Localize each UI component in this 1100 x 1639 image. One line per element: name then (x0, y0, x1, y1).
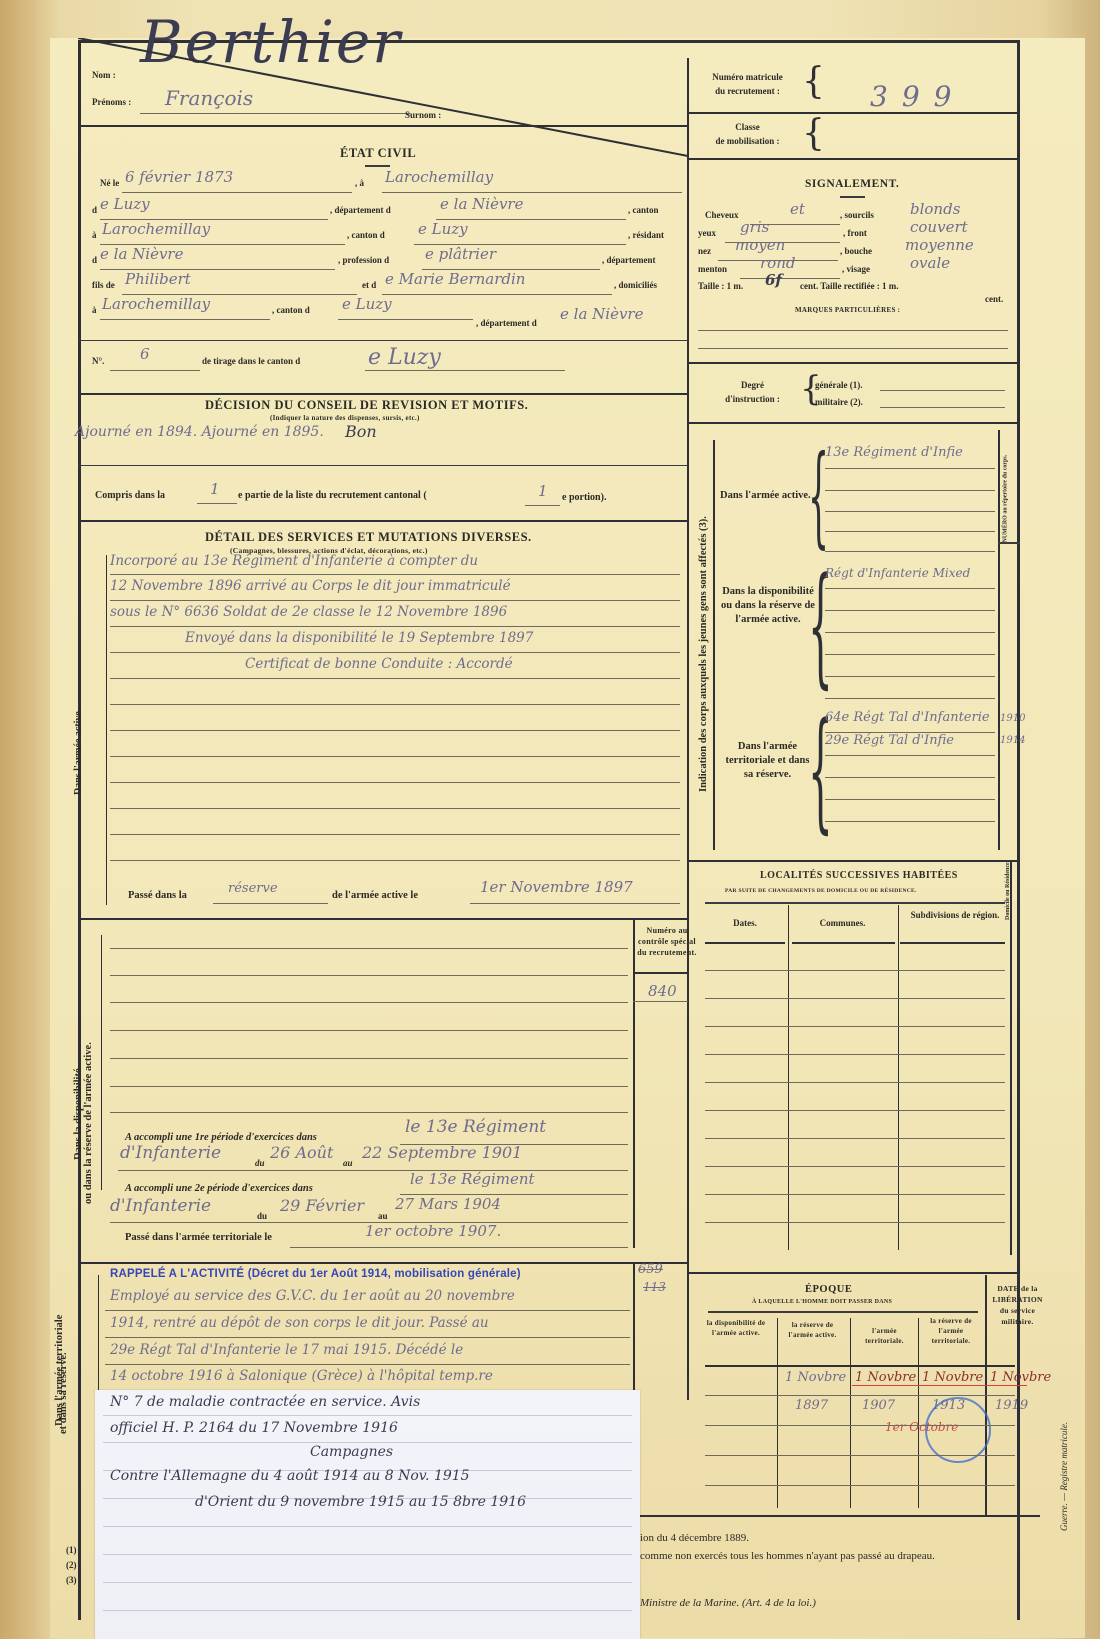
epoque-title: ÉPOQUE (805, 1284, 852, 1295)
periode1-du: 26 Août (270, 1143, 333, 1162)
epoque-col-1: la disponibilité de l'armée active. (705, 1318, 767, 1338)
departement3-value: e la Nièvre (560, 305, 643, 323)
periode2-au-label: au (378, 1211, 388, 1221)
canton2-value: e Luzy (418, 220, 468, 238)
bouche-label: , bouche (840, 246, 872, 256)
epoque-col-3: l'armée territoriale. (852, 1326, 917, 1346)
matricule-value: 399 (870, 80, 965, 113)
tirage-label: de tirage dans le canton d (202, 356, 300, 366)
periode2-corps-2: d'Infanterie (110, 1196, 211, 1216)
controle-value-2: 113 (643, 1280, 666, 1294)
matricule-label-1: Numéro matricule (695, 72, 800, 82)
cheveux-label: Cheveux (705, 210, 739, 220)
lieu-naissance-value: Larochemillay (385, 168, 493, 186)
campagne-allemagne: Contre l'Allemagne du 4 août 1914 au 8 N… (110, 1468, 470, 1484)
domicilies-prefix: à (92, 305, 97, 315)
yeux-value: gris (740, 218, 769, 236)
territoriale-line-1: Employé au service des G.V.C. du 1er aoû… (110, 1288, 515, 1304)
canton2-label: , canton d (347, 230, 385, 240)
footer-line-3: Ministre de la Marine. (Art. 4 de la loi… (640, 1597, 816, 1609)
compris-label-2: e partie de la liste du recrutement cant… (238, 490, 427, 501)
territoriale-line-4: 14 octobre 1916 à Salonique (Grèce) à l'… (110, 1368, 493, 1384)
service-line-5: Certificat de bonne Conduite : Accordé (245, 656, 513, 672)
residant-value: Larochemillay (102, 220, 210, 238)
decision-value-bold: Bon (345, 422, 377, 441)
column-divider (687, 58, 689, 1400)
compris-label-1: Compris dans la (95, 490, 165, 501)
taille-value: 6f (765, 271, 782, 289)
tirage-canton-value: e Luzy (368, 345, 441, 370)
periode1-au-label: au (343, 1158, 353, 1168)
periode1-corps-2: d'Infanterie (120, 1143, 221, 1163)
side-label-armee-active: Dans l'armée active. (73, 655, 87, 795)
footer-line-1: ion du 4 décembre 1889. (640, 1532, 749, 1544)
et-de-value: e Marie Bernardin (385, 270, 525, 288)
canton3-value: e Luzy (342, 295, 392, 313)
blue-stamp-icon (925, 1397, 991, 1463)
territoriale-line-2: 1914, rentré au dépôt de son corps le di… (110, 1315, 489, 1331)
side-label-disponibilite-2: ou dans la réserve de l'armée active. (83, 974, 97, 1204)
compris-label-3: e portion). (562, 492, 606, 503)
controle-value: 840 (648, 982, 677, 1000)
canton-prefix: d (92, 205, 97, 215)
controle-label: Numéro au contrôle spécial du recrutemen… (636, 925, 698, 958)
degre-label-1: Degré (705, 380, 800, 390)
campagnes-heading: Campagnes (310, 1444, 393, 1460)
periode2-label: A accompli une 2e période d'exercices da… (125, 1183, 313, 1194)
compris-value-1: 1 (210, 480, 220, 498)
territoriale-line-5: N° 7 de maladie contractée en service. A… (110, 1394, 420, 1410)
passe-value-2: 1er Novembre 1897 (480, 878, 633, 896)
taille-cent2-label: cent. (985, 294, 1003, 304)
profession-label: , profession d (338, 255, 389, 265)
compris-value-2: 1 (538, 482, 548, 500)
territoriale-line-3: 29e Régt Tal d'Infanterie le 17 mai 1915… (110, 1342, 463, 1358)
side-label-corps: Indication des corps auxquels les jeunes… (698, 502, 712, 792)
menton-value: rond (760, 254, 795, 272)
menton-label: menton (698, 264, 727, 274)
corps-territoriale-year-2: 1914 (1000, 735, 1025, 746)
cheveux-value: et (790, 200, 805, 218)
territoriale-label: Passé dans l'armée territoriale le (125, 1232, 272, 1243)
degre-label-2: d'instruction : (705, 394, 800, 404)
epoque-row2-col3: 1907 (862, 1398, 895, 1413)
decision-value: Ajourné en 1894. Ajourné en 1895. (75, 424, 324, 440)
canton-label: , canton (628, 205, 659, 215)
departement-value: e la Nièvre (440, 195, 523, 213)
corps-active-value: 13e Régiment d'Infie (825, 445, 963, 460)
taille-label: Taille : 1 m. (698, 281, 743, 291)
localites-title: LOCALITÉS SUCCESSIVES HABITÉES (760, 870, 958, 881)
departement2-prefix: d (92, 255, 97, 265)
canton-value: e Luzy (100, 195, 150, 213)
side-label-territoriale-2: et dans sa réserve. (58, 1304, 72, 1434)
departement-label: , département d (330, 205, 391, 215)
passe-label-2: de l'armée active le (332, 890, 418, 901)
red-strikethrough (852, 1385, 1027, 1386)
residant-label: , résidant (628, 230, 664, 240)
front-label: , front (843, 228, 867, 238)
classe-label-2: de mobilisation : (695, 136, 800, 146)
localites-subtitle: PAR SUITE DE CHANGEMENTS DE DOMICILE OU … (725, 888, 917, 894)
col-communes: Communes. (790, 918, 895, 928)
periode2-au: 27 Mars 1904 (395, 1195, 501, 1213)
epoque-col-4: la réserve de l'armée territoriale. (920, 1316, 982, 1346)
tirage-no-value: 6 (140, 345, 150, 363)
etat-civil-title: ÉTAT CIVIL (340, 146, 416, 161)
profession-value: e plâtrier (425, 245, 496, 263)
footer-line-2: comme non exercés tous les hommes n'ayan… (640, 1550, 935, 1562)
classe-label-1: Classe (695, 122, 800, 132)
rappel-stamp: RAPPELÉ A L'ACTIVITÉ (Décret du 1er Août… (110, 1268, 521, 1280)
a-label: , à (355, 178, 364, 188)
yeux-label: yeux (698, 228, 716, 238)
corps-territoriale-label: Dans l'armée territoriale et dans sa rés… (720, 740, 815, 782)
residant-prefix: à (92, 230, 97, 240)
service-line-4: Envoyé dans la disponibilité le 19 Septe… (185, 630, 533, 646)
bouche-value: moyenne (905, 236, 974, 254)
front-value: couvert (910, 218, 968, 236)
passe-label-1: Passé dans la (128, 890, 187, 901)
corps-active-label: Dans l'armée active. (720, 490, 810, 501)
margin-registre-text: Guerre. — Registre matricule. (1059, 1401, 1071, 1531)
col-dates: Dates. (705, 918, 785, 928)
ne-le-label: Né le (100, 178, 119, 188)
periode1-au: 22 Septembre 1901 (362, 1143, 522, 1162)
brace-icon: { (802, 116, 825, 152)
territoriale-value: 1er octobre 1907. (365, 1222, 501, 1240)
numero-repertoire-label: NUMÉRO au répertoire du corps. (1003, 428, 1013, 543)
footnote-2: (2) (66, 1560, 77, 1570)
periode2-corps: le 13e Régiment (410, 1170, 535, 1188)
decision-title: DÉCISION DU CONSEIL DE REVISION ET MOTIF… (205, 398, 528, 413)
col-subdivisions: Subdivisions de région. (905, 910, 1005, 920)
corps-disponibilite-label: Dans la disponibilité ou dans la réserve… (718, 585, 818, 627)
nez-label: nez (698, 246, 711, 256)
visage-label: , visage (842, 264, 870, 274)
epoque-row1-col2: 1 Novbre (785, 1370, 846, 1385)
diagonal-strike (78, 38, 688, 158)
passe-value-1: réserve (228, 881, 278, 896)
epoque-row1-col3: 1 Novbre (855, 1370, 916, 1385)
footnote-3: (3) (66, 1575, 77, 1585)
service-line-1: Incorporé au 13e Régiment d'Infanterie à… (110, 553, 478, 569)
brace-icon: { (802, 64, 825, 100)
territoriale-line-6: officiel H. P. 2164 du 17 Novembre 1916 (110, 1420, 398, 1436)
fils-de-label: fils de (92, 280, 115, 290)
services-title: DÉTAIL DES SERVICES ET MUTATIONS DIVERSE… (205, 530, 532, 545)
epoque-col-2: la réserve de l'armée active. (780, 1320, 845, 1340)
marques-label: MARQUES PARTICULIÈRES : (795, 306, 900, 314)
visage-value: ovale (910, 254, 950, 272)
sourcils-label: , sourcils (840, 210, 874, 220)
departement2-label: , département (602, 255, 656, 265)
epoque-row1-col5: 1 Novbre (990, 1370, 1051, 1385)
domicilies-value: Larochemillay (102, 295, 210, 313)
ne-le-value: 6 février 1873 (125, 168, 233, 186)
epoque-subtitle: À LAQUELLE L'HOMME DOIT PASSER DANS (752, 1299, 892, 1305)
militaire-label: militaire (2). (815, 397, 863, 407)
periode1-du-label: du (255, 1158, 265, 1168)
nez-value: moyen (735, 236, 785, 254)
generale-label: générale (1). (815, 380, 862, 390)
periode2-du-label: du (257, 1211, 267, 1221)
canton3-label: , canton d (272, 305, 310, 315)
corps-territoriale-year-1: 1910 (1000, 713, 1025, 724)
et-de-label: et d (362, 280, 376, 290)
service-line-3: sous le N° 6636 Soldat de 2e classe le 1… (110, 604, 507, 620)
tirage-no-label: N°. (92, 356, 104, 366)
sourcils-value: blonds (910, 200, 960, 218)
taille-cent-label: cent. Taille rectifiée : 1 m. (800, 281, 899, 291)
epoque-row2-col5: 1919 (995, 1398, 1028, 1413)
epoque-row2-col2: 1897 (795, 1398, 828, 1413)
service-line-2: 12 Novembre 1896 arrivé au Corps le dit … (110, 578, 511, 594)
localites-side-col: Domicile ou Résidence (1005, 870, 1015, 920)
controle-value-1: 659 (638, 1262, 663, 1277)
signalement-title: SIGNALEMENT. (805, 178, 899, 190)
departement3-label: , département d (476, 318, 537, 328)
epoque-row1-col4: 1 Novbre (922, 1370, 983, 1385)
decision-subtitle: (Indiquer la nature des dispenses, sursi… (270, 414, 420, 422)
departement2-value: e la Nièvre (100, 245, 183, 263)
corps-territoriale-value-2: 29e Régt Tal d'Infie (825, 733, 954, 748)
footnote-1: (1) (66, 1545, 77, 1555)
corps-disponibilite-value: Régt d'Infanterie Mixed (825, 566, 970, 580)
periode2-du: 29 Février (280, 1196, 364, 1215)
fils-de-value: Philibert (125, 270, 191, 288)
campagne-orient: d'Orient du 9 novembre 1915 au 15 8bre 1… (195, 1494, 526, 1510)
date-liberation-title: DATE de la LIBÉRATION du service militai… (990, 1283, 1045, 1327)
domicilies-label: , domiciliés (614, 280, 657, 290)
periode1-corps: le 13e Régiment (405, 1117, 546, 1137)
periode1-label: A accompli une 1re période d'exercices d… (125, 1132, 317, 1143)
corps-territoriale-value-1: 64e Régt Tal d'Infanterie (825, 710, 990, 725)
matricule-label-2: du recrutement : (695, 86, 800, 96)
